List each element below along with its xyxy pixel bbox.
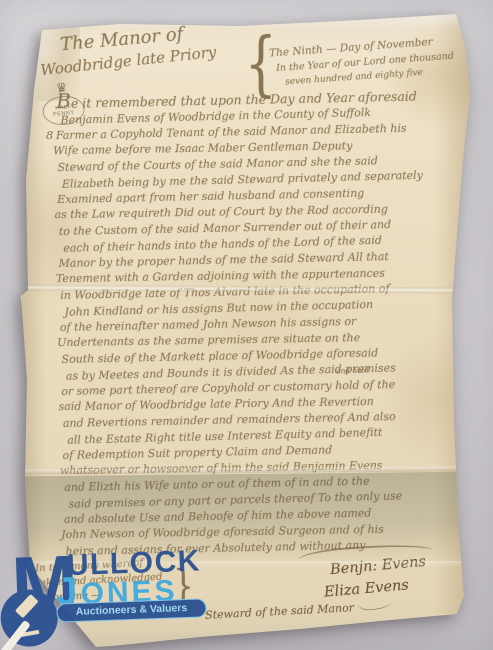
margin-number: 8: [46, 128, 53, 142]
auction-house-watermark: M ULLOCK JONES Auctioneers & Valuers: [0, 535, 262, 650]
auctioneers-badge: Auctioneers & Valuers: [56, 598, 207, 622]
interlineation: and hold: [336, 365, 369, 375]
photo-backdrop: The Manor of Woodbridge late Priory { Th…: [0, 0, 493, 650]
signature-elizabeth-evens: Eliza Evens: [323, 577, 409, 600]
gavel-head: [15, 594, 39, 618]
